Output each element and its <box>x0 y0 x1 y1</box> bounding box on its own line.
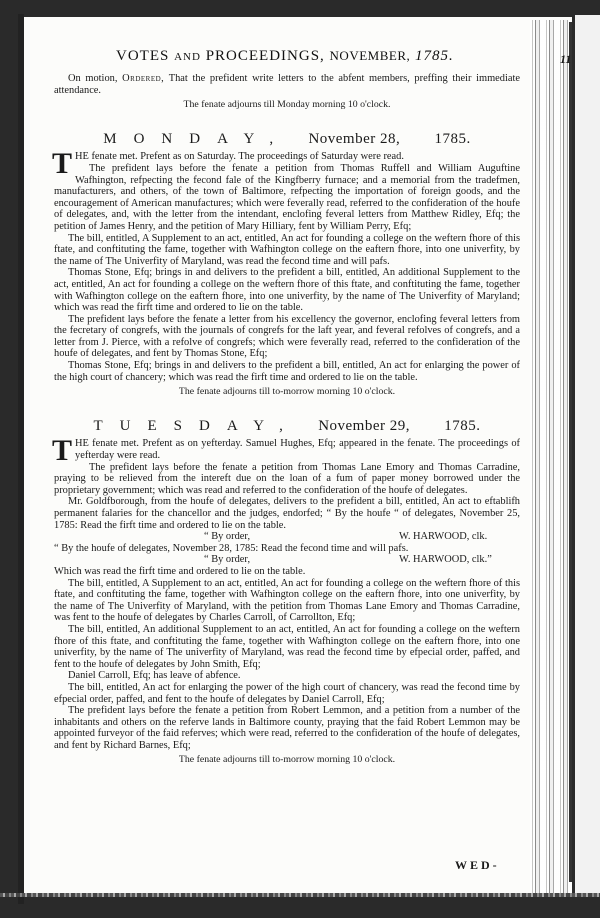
tuesday-paragraph-1: THE fenate met. Prefent as on yefterday.… <box>54 438 520 461</box>
running-head-and: AND <box>174 51 201 63</box>
clerk-signature: W. HARWOOD, clk.” <box>399 554 492 566</box>
clerk-signature: W. HARWOOD, clk. <box>399 531 487 543</box>
monday-paragraph-1: THE fenate met. Prefent as on Saturday. … <box>54 151 520 163</box>
first-reading-note: Which was read the firft time and ordere… <box>54 566 520 578</box>
monday-heading: MONDAY, November 28, 1785. <box>54 134 520 146</box>
scan-bottom-edge <box>0 893 600 897</box>
tuesday-day: TUESDAY, <box>94 418 300 434</box>
by-order-label: “ By order, <box>204 554 250 566</box>
page-number: 11 <box>560 52 571 67</box>
spine-line <box>569 22 572 882</box>
tuesday-paragraph-6: Daniel Carroll, Efq; has leave of abfenc… <box>54 670 520 682</box>
tuesday-paragraph-3: Mr. Goldfborough, from the houfe of dele… <box>54 496 520 531</box>
monday-date: November 28, <box>308 131 400 147</box>
tuesday-paragraph-4: The bill, entitled, A Supplement to an a… <box>54 578 520 624</box>
monday-paragraph-3: The bill, entitled, A Supplement to an a… <box>54 233 520 268</box>
opening-adjournment: The fenate adjourns till Monday morning … <box>54 99 520 111</box>
scan-right-margin <box>575 15 600 895</box>
monday-paragraph-6: Thomas Stone, Efq; brings in and deliver… <box>54 360 520 383</box>
tuesday-paragraph-7: The bill, entitled, An act for enlarging… <box>54 682 520 705</box>
book-spine-shadow <box>530 20 572 896</box>
document-body: On motion, Ordered, That the prefident w… <box>54 73 520 769</box>
tuesday-paragraph-8: The prefident lays before the fenate a p… <box>54 705 520 751</box>
dropcap: T <box>52 439 72 463</box>
monday-year: 1785. <box>435 131 471 147</box>
running-head-title-1: VOTES <box>116 48 169 64</box>
ordered-label: Ordered, <box>122 73 164 84</box>
running-head-year: 1785. <box>415 48 454 64</box>
opening-motion: On motion, Ordered, That the prefident w… <box>54 73 520 96</box>
tuesday-paragraph-2: The prefident lays before the fenate a p… <box>54 462 520 497</box>
running-head-month: NOVEMBER, <box>330 48 411 63</box>
monday-paragraph-5: The prefident lays before the fenate a l… <box>54 314 520 360</box>
running-head-title-2: PROCEEDINGS, <box>206 48 325 64</box>
second-reading-endorsement: “ By the houfe of delegates, November 28… <box>54 543 520 555</box>
dropcap: T <box>52 152 72 176</box>
tuesday-heading: TUESDAY, November 29, 1785. <box>54 421 520 433</box>
monday-adjournment: The fenate adjourns till to-morrow morni… <box>54 386 520 398</box>
order-signature-2: “ By order, W. HARWOOD, clk.” <box>54 554 520 566</box>
running-head: VOTES AND PROCEEDINGS, NOVEMBER, 1785. <box>116 48 576 65</box>
tuesday-date: November 29, <box>318 418 410 434</box>
tuesday-year: 1785. <box>444 418 480 434</box>
tuesday-paragraph-5: The bill, entitled, An additional Supple… <box>54 624 520 670</box>
monday-paragraph-4: Thomas Stone, Efq; brings in and deliver… <box>54 267 520 313</box>
monday-day: MONDAY, <box>103 131 290 147</box>
tuesday-adjournment: The fenate adjourns till to-morrow morni… <box>54 754 520 766</box>
monday-paragraph-2: The prefident lays before the fenate a p… <box>54 163 520 233</box>
order-signature-1: “ By order, W. HARWOOD, clk. <box>54 531 520 543</box>
by-order-label: “ By order, <box>204 531 250 543</box>
catchword: WED- <box>455 858 500 873</box>
